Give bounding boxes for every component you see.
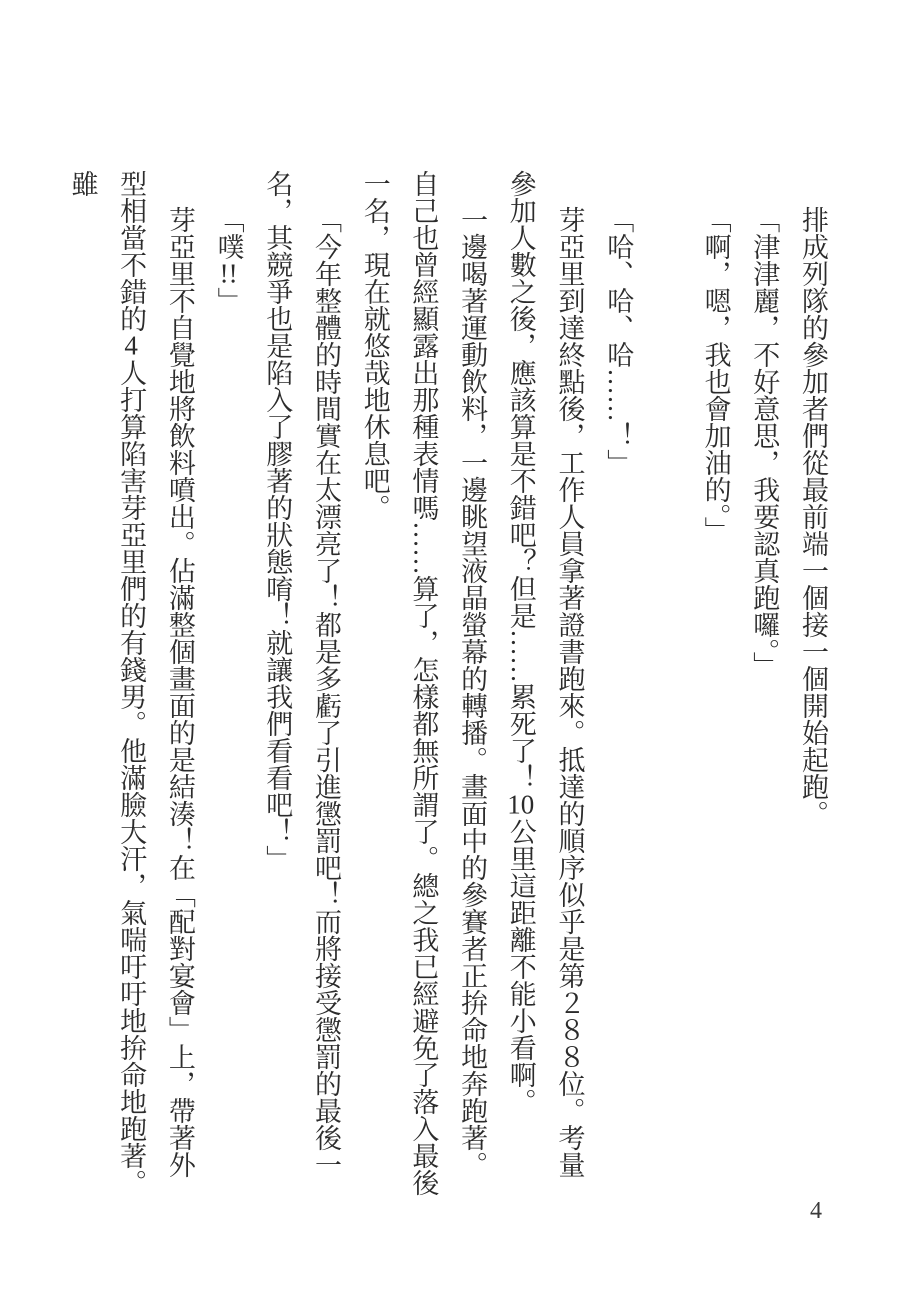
paragraph-narration: 芽亞里不自覺地將飲料噴出。佔滿整個畫面的是結湊！在「配對宴會」上，帶著外型相當不… (58, 170, 204, 1196)
text-block: 排成列隊的參加者們從最前端一個接一個開始起跑。「津津麗，不好意思，我要認真跑囉。… (58, 170, 837, 1196)
tatechuyoko-text: !! (214, 260, 244, 287)
paragraph-narration: 一邊喝著運動飲料，一邊眺望液晶螢幕的轉播。畫面中的參賽者正拚命地奔跑著。自己也曾… (350, 170, 496, 1196)
page-number: 4 (802, 1198, 830, 1225)
paragraph-dialogue: 「今年整體的時間實在太漂亮了！都是多虧了引進懲罰吧！而將接受懲罰的最後一名，其競… (253, 170, 350, 1196)
paragraph-break (642, 170, 691, 1196)
paragraph-dialogue: 「哈、哈、哈……！」 (594, 170, 643, 1196)
paragraph-narration: 芽亞里到達終點後，工作人員拿著證書跑來。抵達的順序似乎是第２８８位。考量參加人數… (496, 170, 593, 1196)
book-page: 排成列隊的參加者們從最前端一個接一個開始起跑。「津津麗，不好意思，我要認真跑囉。… (0, 0, 920, 1300)
paragraph-dialogue: 「噗!!」 (204, 170, 253, 1196)
paragraph-dialogue: 「津津麗，不好意思，我要認真跑囉。」 (740, 170, 789, 1196)
paragraph-dialogue: 「啊，嗯，我也會加油的。」 (691, 170, 740, 1196)
tatechuyoko-text: 10 (506, 791, 536, 818)
tatechuyoko-text: 4 (116, 332, 146, 359)
paragraph-narration: 排成列隊的參加者們從最前端一個接一個開始起跑。 (788, 170, 837, 1196)
